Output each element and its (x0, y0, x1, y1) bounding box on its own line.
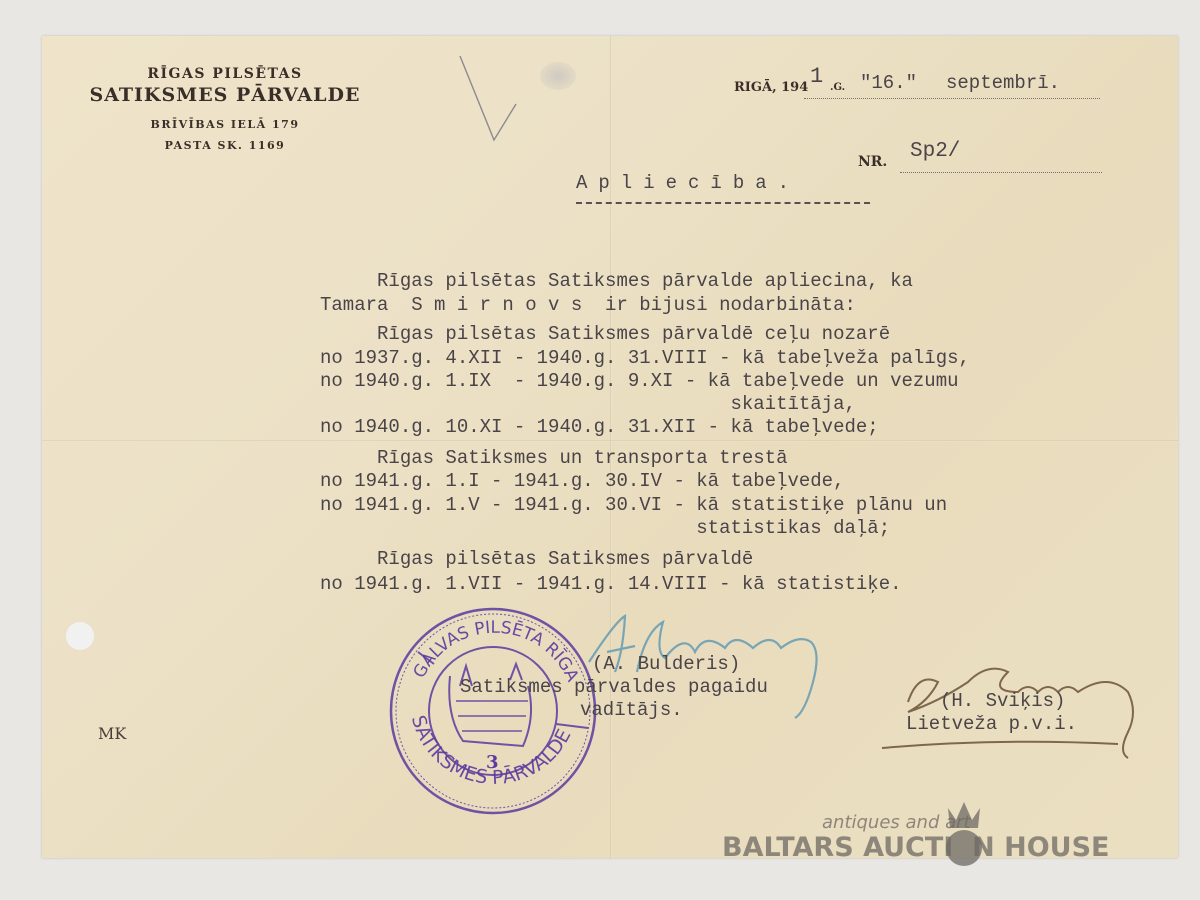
letterhead: RĪGAS PILSĒTAS SATIKSMES PĀRVALDE BRĪVĪB… (60, 66, 390, 152)
body-line: skaitītāja, (320, 393, 856, 415)
auction-house-watermark: antiques and art BALTARS AUCTI N HOUSE (722, 808, 1142, 868)
punch-hole (66, 622, 94, 650)
letterhead-organization: SATIKSMES PĀRVALDE (60, 84, 390, 106)
pencil-check-mark-icon (458, 54, 518, 144)
document-title: Apliecība. (576, 172, 800, 194)
day-value: "16." (860, 72, 917, 94)
month-value: septembrī. (946, 72, 1060, 94)
horizontal-fold (42, 440, 1178, 442)
official-stamp-icon: GALVAS PILSĒTA RĪGA SATIKSMES PĀRVALDE 3 (388, 606, 598, 816)
body-line: statistikas daļā; (320, 517, 890, 539)
stamp-bottom-text: SATIKSMES PĀRVALDE (407, 713, 576, 789)
date-dotted-line (804, 98, 1100, 99)
body-line: no 1937.g. 4.XII - 1940.g. 31.VIII - kā … (320, 347, 970, 369)
body-line: Tamara S m i r n o v s ir bijusi nodarbi… (320, 294, 856, 316)
smudge-mark (540, 62, 576, 90)
stamp-number: 3 (486, 752, 499, 773)
left-signatory-role-cont: vadītājs. (580, 699, 683, 721)
right-signatory-name: (H. Sviķis) (940, 690, 1065, 712)
body-line: no 1941.g. 1.I - 1941.g. 30.IV - kā tabe… (320, 470, 845, 492)
watermark-brand: BALTARS AUCTI N HOUSE (722, 832, 1110, 863)
title-underline (576, 202, 870, 204)
letterhead-address: BRĪVĪBAS IELĀ 179 (60, 118, 390, 131)
nr-label: NR. (858, 154, 887, 170)
body-line: Rīgas pilsētas Satiksmes pārvaldē (320, 548, 753, 570)
right-signatory-role: Lietveža p.v.i. (906, 713, 1077, 735)
body-line: no 1940.g. 1.IX - 1940.g. 9.XI - kā tabe… (320, 370, 959, 392)
body-line: no 1941.g. 1.V - 1941.g. 30.VI - kā stat… (320, 494, 947, 516)
body-line: Rīgas pilsētas Satiksmes pārvaldē ceļu n… (320, 323, 890, 345)
year-digit: 1 (810, 64, 823, 89)
left-signatory-name: (A. Bulderis) (592, 653, 740, 675)
crown-logo-icon (944, 802, 984, 868)
nr-dotted-line (900, 172, 1102, 173)
body-line: no 1940.g. 10.XI - 1940.g. 31.XII - kā t… (320, 416, 879, 438)
place-label: RIGĀ, 194 (734, 80, 808, 95)
letterhead-postbox: PASTA SK. 1169 (60, 139, 390, 152)
typist-initials: MK (98, 724, 126, 743)
left-signatory-role: Satiksmes pārvaldes pagaidu (460, 676, 768, 698)
nr-value: Sp2/ (910, 140, 960, 163)
body-line: no 1941.g. 1.VII - 1941.g. 14.VIII - kā … (320, 573, 902, 595)
year-suffix: .G. (830, 82, 845, 93)
body-line: Rīgas Satiksmes un transporta trestā (320, 447, 787, 469)
body-line: Rīgas pilsētas Satiksmes pārvalde apliec… (320, 270, 913, 292)
svg-text:SATIKSMES PĀRVALDE: SATIKSMES PĀRVALDE (407, 713, 576, 789)
letterhead-city: RĪGAS PILSĒTAS (60, 66, 390, 82)
